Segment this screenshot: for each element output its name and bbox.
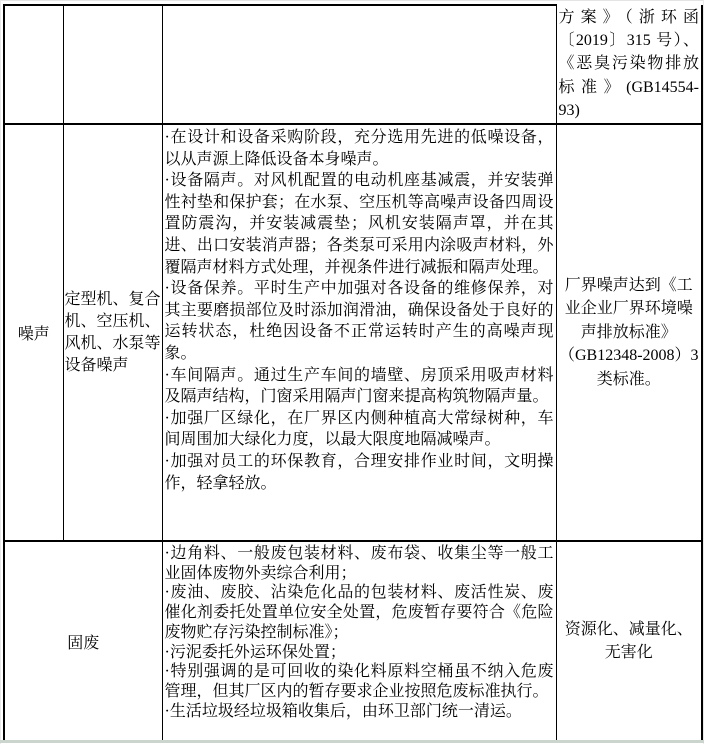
- solid-waste-measure-item: ·生活垃圾经垃圾箱收集后，由环卫部门统一清运。: [165, 702, 554, 722]
- solid-waste-measure-item: ·边角料、一般废包装材料、废布袋、收集尘等一般工业固体废物外卖综合利用；: [165, 544, 554, 583]
- row-solid-waste: 固废 ·边角料、一般废包装材料、废布袋、收集尘等一般工业固体废物外卖综合利用； …: [4, 541, 702, 741]
- cell-noise-category: 噪声: [4, 124, 63, 541]
- page-edge-left: [0, 0, 1, 744]
- solid-waste-measure-item: ·污泥委托外运环保处置；: [165, 643, 554, 663]
- cell-solid-waste-measures: ·边角料、一般废包装材料、废布袋、收集尘等一般工业固体废物外卖综合利用； ·废油…: [162, 541, 556, 741]
- solid-waste-standard-text: 资源化、减量化、无害化: [559, 618, 700, 665]
- noise-category-label: 噪声: [18, 326, 50, 343]
- cell-solid-waste-category: 固废: [4, 541, 162, 741]
- noise-measure-item: ·设备保养。平时生产中加强对各设备的维修保养，对其主要磨损部位及时添加润滑油，确…: [165, 278, 554, 364]
- cell-continuation-standard: 方案》（浙环函〔2019〕315 号）、《恶臭污染物排放标准》(GB14554-…: [556, 5, 702, 124]
- cell-solid-waste-standard: 资源化、减量化、无害化: [556, 541, 702, 741]
- cell-continuation-measures-empty: [162, 5, 556, 124]
- cell-continuation-category-empty: [4, 5, 63, 124]
- noise-measure-item: ·在设计和设备采购阶段，充分选用先进的低噪设备，以从声源上降低设备本身噪声。: [165, 127, 554, 170]
- cell-noise-measures: ·在设计和设备采购阶段，充分选用先进的低噪设备，以从声源上降低设备本身噪声。 ·…: [162, 124, 556, 541]
- cell-noise-source: 定型机、复合机、空压机、风机、水泵等设备噪声: [63, 124, 162, 541]
- noise-measure-item: ·设备隔声。对风机配置的电动机座基减震，并安装弹性衬垫和保护套；在水泵、空压机等…: [165, 170, 554, 278]
- noise-measure-item: ·加强厂区绿化，在厂界区内侧种植高大常绿树种，车间周围加大绿化力度，以最大限度地…: [165, 408, 554, 451]
- solid-waste-category-label: 固废: [67, 635, 99, 652]
- row-continuation: 方案》（浙环函〔2019〕315 号）、《恶臭污染物排放标准》(GB14554-…: [4, 5, 702, 124]
- document-page: 方案》（浙环函〔2019〕315 号）、《恶臭污染物排放标准》(GB14554-…: [0, 0, 704, 744]
- cell-noise-standard: 厂界噪声达到《工业企业厂界环境噪声排放标准》（GB12348-2008）3 类标…: [556, 124, 702, 541]
- page-edge-top: [0, 0, 704, 1]
- ea-measures-table: 方案》（浙环函〔2019〕315 号）、《恶臭污染物排放标准》(GB14554-…: [3, 4, 703, 742]
- noise-standard-text: 厂界噪声达到《工业企业厂界环境噪声排放标准》（GB12348-2008）3 类标…: [559, 274, 700, 391]
- noise-measure-item: ·车间隔声。通过生产车间的墙壁、房顶采用吸声材料及隔声结构，门窗采用隔声门窗来提…: [165, 365, 554, 408]
- solid-waste-measure-item: ·特别强调的是可回收的染化料原料空桶虽不纳入危废管理，但其厂区内的暂存要求企业按…: [165, 662, 554, 701]
- solid-waste-measure-item: ·废油、废胶、沾染危化品的包装材料、废活性炭、废催化剂委托处置单位安全处置，危废…: [165, 583, 554, 642]
- page-edge-bottom-strip: [0, 740, 704, 743]
- cell-continuation-source-empty: [63, 5, 162, 124]
- noise-source-text: 定型机、复合机、空压机、风机、水泵等设备噪声: [65, 289, 161, 377]
- row-noise: 噪声 定型机、复合机、空压机、风机、水泵等设备噪声 ·在设计和设备采购阶段，充分…: [4, 124, 702, 541]
- noise-measure-item: ·加强对员工的环保教育，合理安排作业时间，文明操作，轻拿轻放。: [165, 451, 554, 494]
- continuation-standard-text: 方案》（浙环函〔2019〕315 号）、《恶臭污染物排放标准》(GB14554-…: [559, 6, 700, 122]
